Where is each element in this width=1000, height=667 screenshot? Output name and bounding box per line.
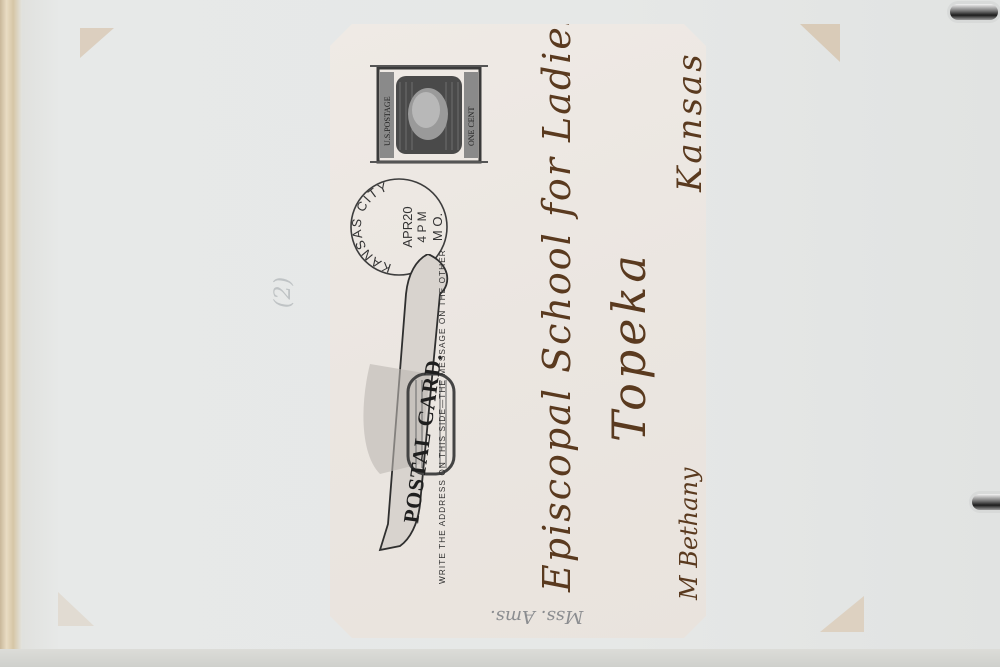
address-attention: M Bethany [675,468,703,600]
address-line-state: Kansas [670,51,710,192]
page-bottom-edge [0,649,1000,667]
address-line-school: Episcopal School for Ladies [535,4,579,592]
binder-ring-top [950,4,998,20]
photo-corner-bottom-left [58,592,94,626]
stamp-icon: U.S.POSTAGE ONE CENT [370,62,488,168]
photo-corner-top-right [800,24,840,62]
svg-text:4 P M: 4 P M [415,211,429,242]
photo-corner-top-left [80,28,114,58]
address-instruction: WRITE THE ADDRESS ON THIS SIDE—THE MESSA… [438,249,447,584]
svg-text:APR20: APR20 [400,206,415,247]
album-spine [0,0,22,667]
binder-ring-bottom [972,494,1000,510]
album-page: (2) U.S.POSTAGE ONE CENT [0,0,1000,667]
address-line-city: Topeka [602,251,656,442]
postal-card-banner: POSTAL CARD. [360,254,470,554]
svg-text:ONE CENT: ONE CENT [467,107,476,146]
svg-text:M O.: M O. [430,213,445,241]
postal-card: U.S.POSTAGE ONE CENT KANSAS CITY APR20 4… [330,24,706,638]
pencil-note: Mss. Ams. [490,606,583,627]
svg-text:U.S.POSTAGE: U.S.POSTAGE [383,96,392,146]
album-pencil-note: (2) [271,277,296,308]
photo-corner-bottom-right [820,596,864,632]
